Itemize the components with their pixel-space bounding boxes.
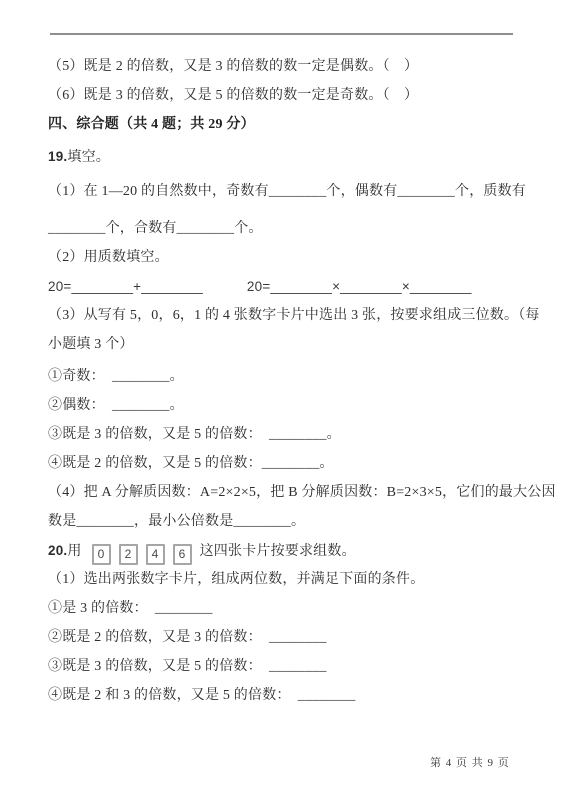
q20-part1-title: （1）选出两张数字卡片，组成两位数，并满足下面的条件。 xyxy=(48,565,521,594)
q20-number: 20. xyxy=(48,543,67,558)
q19-eq-multiplication: 20=________×________×________ xyxy=(247,279,472,294)
q19-title: 填空。 xyxy=(67,150,110,165)
tf-item-6: （6）既是 3 的倍数，又是 5 的倍数的数一定是奇数。（ ） xyxy=(48,81,521,110)
digit-card-2: 2 xyxy=(119,544,138,565)
q19-part3-item-4: ④既是 2 的倍数，又是 5 的倍数：________。 xyxy=(48,449,521,478)
q20-part1-item-1: ①是 3 的倍数： ________ xyxy=(48,594,521,623)
q20-part1-item-4: ④既是 2 和 3 的倍数，又是 5 的倍数： ________ xyxy=(48,681,521,710)
q20-suffix: 这四张卡片按要求组数。 xyxy=(200,544,356,559)
digit-cards: 0246 xyxy=(92,537,192,566)
header-rule xyxy=(50,33,513,35)
q19-part3-item-3: ③既是 3 的倍数，又是 5 的倍数： ________。 xyxy=(48,420,521,449)
q19-part2-equations: 20=________+________20=________×________… xyxy=(48,272,521,301)
page-number: 第 4 页 共 9 页 xyxy=(430,754,510,770)
q19-part4-line2: 数是________，最小公倍数是________。 xyxy=(48,507,521,536)
q20-title-line: 20.用0246这四张卡片按要求组数。 xyxy=(48,536,521,565)
q20-part1-item-2: ②既是 2 的倍数，又是 3 的倍数： ________ xyxy=(48,623,521,652)
q19-number: 19. xyxy=(48,149,67,164)
q19-part3-line1: （3）从写有 5，0，6，1 的 4 张数字卡片中选出 3 张，按要求组成三位数… xyxy=(48,301,521,330)
digit-card-4: 4 xyxy=(146,544,165,565)
q20-part1-item-3: ③既是 3 的倍数，又是 5 的倍数： ________ xyxy=(48,652,521,681)
q20-prefix: 用 xyxy=(67,544,81,559)
q19-part4-line1: （4）把 A 分解质因数：A=2×2×5，把 B 分解质因数：B=2×3×5，它… xyxy=(48,478,521,507)
q19-part3-item-1: ①奇数： ________。 xyxy=(48,362,521,391)
digit-card-6: 6 xyxy=(173,544,192,565)
section-4-header: 四、综合题（共 4 题；共 29 分） xyxy=(48,110,521,139)
q19-title-line: 19.填空。 xyxy=(48,142,521,171)
q19-part3-item-2: ②偶数： ________。 xyxy=(48,391,521,420)
q19-part3-line2: 小题填 3 个） xyxy=(48,330,521,359)
page-content: （5）既是 2 的倍数，又是 3 的倍数的数一定是偶数。（ ） （6）既是 3 … xyxy=(48,52,521,710)
q19-part1-line1: （1）在 1—20 的自然数中，奇数有________个，偶数有________… xyxy=(48,177,521,206)
q19-part2-title: （2）用质数填空。 xyxy=(48,243,521,272)
digit-card-0: 0 xyxy=(92,544,111,565)
q19-part1-line2: ________个，合数有________个。 xyxy=(48,214,521,243)
q19-eq-addition: 20=________+________ xyxy=(48,279,203,294)
tf-item-5: （5）既是 2 的倍数，又是 3 的倍数的数一定是偶数。（ ） xyxy=(48,52,521,81)
